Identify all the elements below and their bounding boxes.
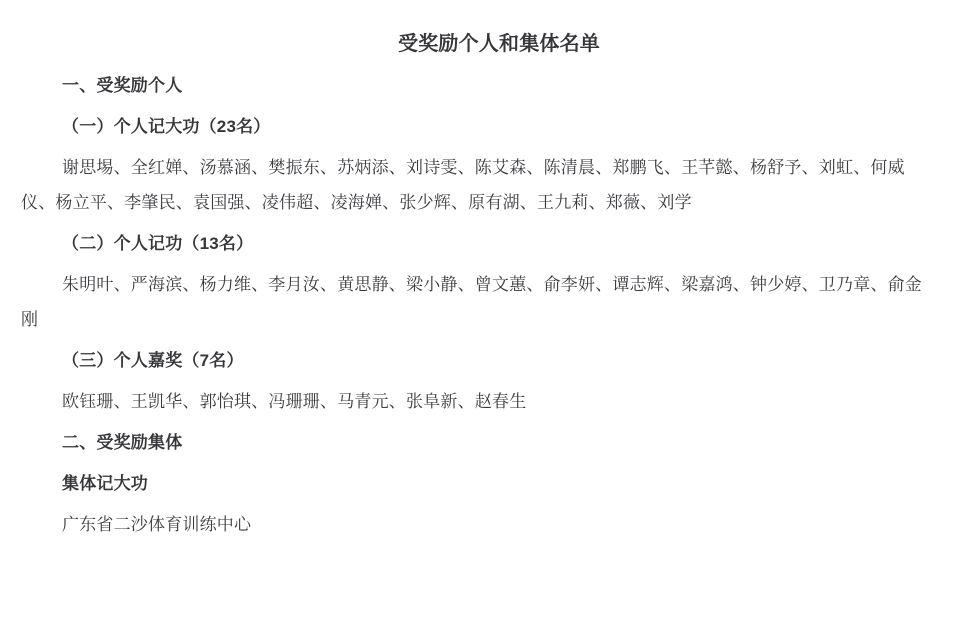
award-list-document: 受奖励个人和集体名单 一、受奖励个人 （一）个人记大功（23名） 谢思埸、全红婵… bbox=[0, 0, 956, 542]
document-page: 受奖励个人和集体名单 一、受奖励个人 （一）个人记大功（23名） 谢思埸、全红婵… bbox=[0, 0, 956, 621]
names-paragraph-major-merit: 谢思埸、全红婵、汤慕涵、樊振东、苏炳添、刘诗雯、陈艾森、陈清晨、郑鹏飞、王芊懿、… bbox=[21, 150, 936, 220]
subsection-heading-collective-major-merit: 集体记大功 bbox=[21, 466, 936, 501]
names-paragraph-merit: 朱明叶、严海滨、杨力维、李月汝、黄思静、梁小静、曾文蕙、俞李妍、谭志辉、梁嘉鸿、… bbox=[21, 267, 936, 337]
names-paragraph-commendation: 欧钰珊、王凯华、郭怡琪、冯珊珊、马青元、张阜新、赵春生 bbox=[21, 384, 936, 419]
page-title: 受奖励个人和集体名单 bbox=[21, 27, 936, 62]
names-paragraph-collective: 广东省二沙体育训练中心 bbox=[21, 507, 936, 542]
section-heading-collectives: 二、受奖励集体 bbox=[21, 425, 936, 460]
section-heading-individuals: 一、受奖励个人 bbox=[21, 68, 936, 103]
subsection-heading-commendation: （三）个人嘉奖（7名） bbox=[21, 343, 936, 378]
subsection-heading-major-merit: （一）个人记大功（23名） bbox=[21, 109, 936, 144]
subsection-heading-merit: （二）个人记功（13名） bbox=[21, 226, 936, 261]
